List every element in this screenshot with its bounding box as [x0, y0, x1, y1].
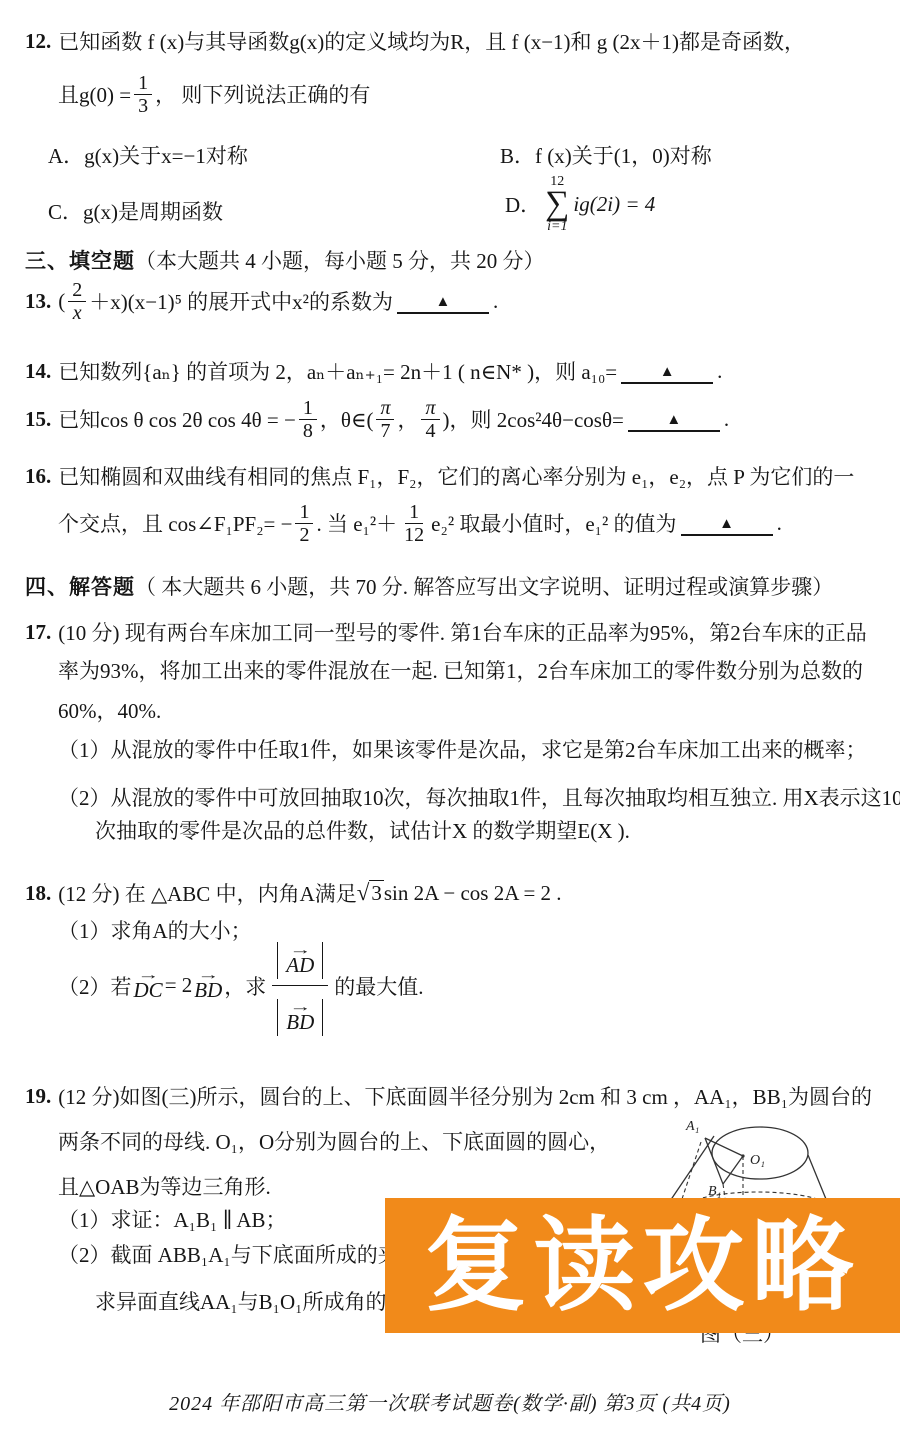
- q18-line1: 18. (12 分) 在 △ABC 中，内角A满足 √ 3 sin 2A − c…: [25, 878, 562, 908]
- vector-ad: → AD: [286, 945, 314, 976]
- q12-option-a: A．g(x)关于x=−1对称: [48, 140, 248, 170]
- q17-line3: 60%，40%.: [58, 695, 161, 725]
- q12-text-line1: 已知函数 f (x)与其导函数g(x)的定义域均为R，且 f (x−1)和 g …: [58, 26, 805, 56]
- q12-line1: 12. 已知函数 f (x)与其导函数g(x)的定义域均为R，且 f (x−1)…: [25, 26, 805, 56]
- vector-bd2: → BD: [286, 1002, 314, 1033]
- q13: 13. ( 2 x ＋x)(x−1)⁵ 的展开式中x²的系数为 ▲ .: [25, 272, 498, 330]
- q19-line3: 且△OAB为等边三角形.: [58, 1171, 271, 1201]
- section-answer-header: 四、解答题 （ 本大题共 6 小题，共 70 分. 解答应写出文字说明、证明过程…: [25, 571, 833, 601]
- q17-sub2: （2）从混放的零件中可放回抽取10次，每次抽取1件，且每次抽取均相互独立. 用X…: [58, 782, 900, 812]
- q16-text-line1: 已知椭圆和双曲线有相同的焦点 F₁，F₂，它们的离心率分别为 e₁，e₂，点 P…: [58, 461, 854, 491]
- q12-line2-pre: 且g(0) =: [58, 79, 131, 109]
- vector-bd: → BD: [194, 970, 222, 1001]
- q19-line2: 两条不同的母线. O₁，O分别为圆台的上、下底面圆的圆心，: [58, 1126, 610, 1156]
- q17-sub2-cont: 次抽取的零件是次品的总件数，试估计X 的数学期望E(X ).: [95, 815, 630, 845]
- q12-sum-body: ig(2i) = 4: [573, 192, 655, 217]
- q12-number: 12.: [25, 29, 51, 54]
- fraction-pi-4: π 4: [421, 397, 439, 442]
- watermark-banner: 复读攻略: [385, 1198, 900, 1333]
- q14-number: 14.: [25, 359, 51, 384]
- q15-number: 15.: [25, 407, 51, 432]
- q17-number: 17.: [25, 620, 51, 645]
- summation-symbol: 12 ∑ i=1: [545, 175, 569, 234]
- q12-option-b: B．f (x)关于(1，0)对称: [500, 140, 712, 170]
- q18-number: 18.: [25, 881, 51, 906]
- q17-line2: 率为93%，将加工出来的零件混放在一起. 已知第1，2台车床加工的零件数分别为总…: [58, 655, 863, 685]
- page-footer: 2024 年邵阳市高三第一次联考试题卷(数学·副) 第3页 (共4页): [0, 1387, 900, 1416]
- figure-label-b1: B₁: [708, 1184, 721, 1199]
- q16-line1: 16. 已知椭圆和双曲线有相同的焦点 F₁，F₂，它们的离心率分别为 e₁，e₂…: [25, 461, 854, 491]
- q12-line2-post: ， 则下列说法正确的有: [155, 79, 370, 109]
- q18-sub2: （2）若 → DC = 2 → BD ，求 → AD: [58, 933, 424, 1038]
- q19-sub2-cont: 求异面直线AA₁与B₁O₁所成角的余: [95, 1286, 407, 1316]
- fraction-1-3: 1 3: [134, 72, 152, 117]
- fraction-1-2: 1 2: [295, 501, 313, 546]
- fraction-ad-bd: → AD → BD: [272, 933, 328, 1038]
- q17-line1: 17. (10 分) 现有两台车床加工同一型号的零件. 第1台车床的正品率为95…: [25, 617, 867, 647]
- q15-text: )，则 2cos²4θ−cosθ=: [443, 404, 624, 434]
- q16-number: 16.: [25, 464, 51, 489]
- q13-text: ＋x)(x−1)⁵ 的展开式中x²的系数为: [89, 286, 393, 316]
- abs-ad: → AD: [277, 942, 323, 979]
- q19-number: 19.: [25, 1084, 51, 1109]
- figure-label-o1: O₁: [750, 1153, 765, 1168]
- answer-blank: ▲: [681, 510, 773, 536]
- fraction-pi-7: π 7: [376, 397, 394, 442]
- q17-text-line1: (10 分) 现有两台车床加工同一型号的零件. 第1台车床的正品率为95%，第2…: [58, 617, 866, 647]
- watermark-text: 复读攻略: [425, 1215, 861, 1317]
- q12-option-d: D． 12 ∑ i=1 ig(2i) = 4: [505, 175, 655, 234]
- q19-sub2: （2）截面 ABB₁A₁与下底面所成的夹角: [58, 1239, 420, 1269]
- exam-page: 12. 已知函数 f (x)与其导函数g(x)的定义域均为R，且 f (x−1)…: [0, 0, 900, 1439]
- answer-blank: ▲: [621, 358, 713, 384]
- q16-line2: 个交点，且 cos∠F₁PF₂= − 1 2 . 当 e₁²＋ 1 12 e₂²…: [58, 494, 782, 552]
- fraction-1-12: 1 12: [400, 501, 428, 546]
- q19-sub1: （1）求证：A₁B₁ ∥ AB；: [58, 1204, 287, 1234]
- fraction-1-8: 1 8: [299, 397, 317, 442]
- q13-number: 13.: [25, 289, 51, 314]
- q14: 14. 已知数列{aₙ} 的首项为 2，aₙ＋aₙ₊₁= 2n＋1 ( n∈N*…: [25, 356, 722, 386]
- figure-label-a1: A₁: [685, 1119, 699, 1134]
- q14-text: 已知数列{aₙ} 的首项为 2，aₙ＋aₙ₊₁= 2n＋1 ( n∈N* )，则…: [58, 356, 617, 386]
- fraction-2-x: 2 x: [68, 279, 86, 324]
- abs-bd: → BD: [277, 999, 323, 1036]
- radical-icon: √: [357, 880, 370, 906]
- vector-dc: → DC: [134, 970, 163, 1001]
- q16-text-line2: e₂² 取最小值时，e₁² 的值为: [431, 508, 676, 538]
- q12-line2: 且g(0) = 1 3 ， 则下列说法正确的有: [58, 64, 370, 124]
- answer-blank: ▲: [397, 288, 489, 314]
- section-fill-in-header: 三、填空题 （本大题共 4 小题，每小题 5 分，共 20 分）: [25, 245, 545, 275]
- q17-sub1: （1）从混放的零件中任取1件，如果该零件是次品，求它是第2台车床加工出来的概率；: [58, 734, 867, 764]
- answer-blank: ▲: [628, 406, 720, 432]
- q12-option-c: C．g(x)是周期函数: [48, 196, 223, 226]
- q15: 15. 已知cos θ cos 2θ cos 4θ = − 1 8 ，θ∈( π…: [25, 390, 729, 448]
